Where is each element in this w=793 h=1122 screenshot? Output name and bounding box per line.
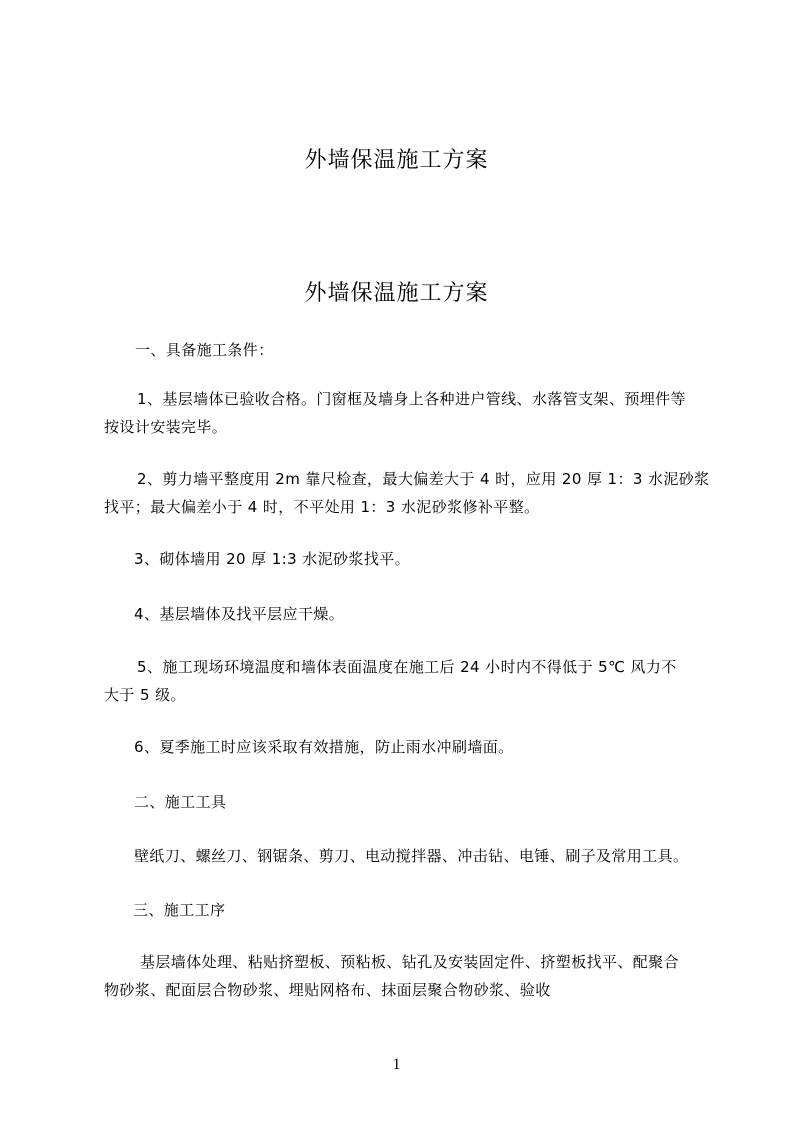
procedure-line-2: 物砂浆、配面层合物砂浆、埋贴网格布、抹面层聚合物砂浆、验收 (104, 979, 551, 1000)
condition-6: 6、夏季施工时应该采取有效措施，防止雨水冲刷墙面。 (134, 736, 514, 757)
section-heading-tools: 二、施工工具 (134, 791, 226, 812)
condition-2-line-2: 找平；最大偏差小于 4 时，不平处用 1：3 水泥砂浆修补平整。 (104, 496, 540, 517)
page-number: 1 (0, 1056, 793, 1074)
condition-4: 4、基层墙体及找平层应干燥。 (134, 603, 344, 624)
condition-5-line-2: 大于 5 级。 (104, 684, 186, 705)
tools-list: 壁纸刀、螺丝刀、钢锯条、剪刀、电动搅拌器、冲击钻、电锤、刷子及常用工具。 (134, 845, 688, 866)
section-heading-conditions: 一、具备施工条件： (135, 339, 274, 360)
condition-2-line-1: 2、剪力墙平整度用 2m 靠尺检查，最大偏差大于 4 时，应用 20 厚 1：3… (137, 468, 710, 489)
procedure-line-1: 基层墙体处理、粘贴挤塑板、预粘板、钻孔及安装固定件、挤塑板找平、配聚合 (140, 951, 679, 972)
condition-5-line-1: 5、施工现场环境温度和墙体表面温度在施工后 24 小时内不得低于 5℃ 风力不 (137, 656, 677, 677)
section-heading-procedure: 三、施工工序 (133, 899, 225, 920)
condition-1-line-1: 1、基层墙体已验收合格。门窗框及墙身上各种进户管线、水落管支架、预埋件等 (137, 388, 686, 409)
document-page: 外墙保温施工方案 外墙保温施工方案 一、具备施工条件： 1、基层墙体已验收合格。… (0, 0, 793, 1122)
cover-title: 外墙保温施工方案 (0, 143, 793, 174)
condition-3: 3、砌体墙用 20 厚 1:3 水泥砂浆找平。 (134, 548, 410, 569)
condition-1-line-2: 按设计安装完毕。 (104, 416, 227, 437)
document-title: 外墙保温施工方案 (0, 276, 793, 307)
